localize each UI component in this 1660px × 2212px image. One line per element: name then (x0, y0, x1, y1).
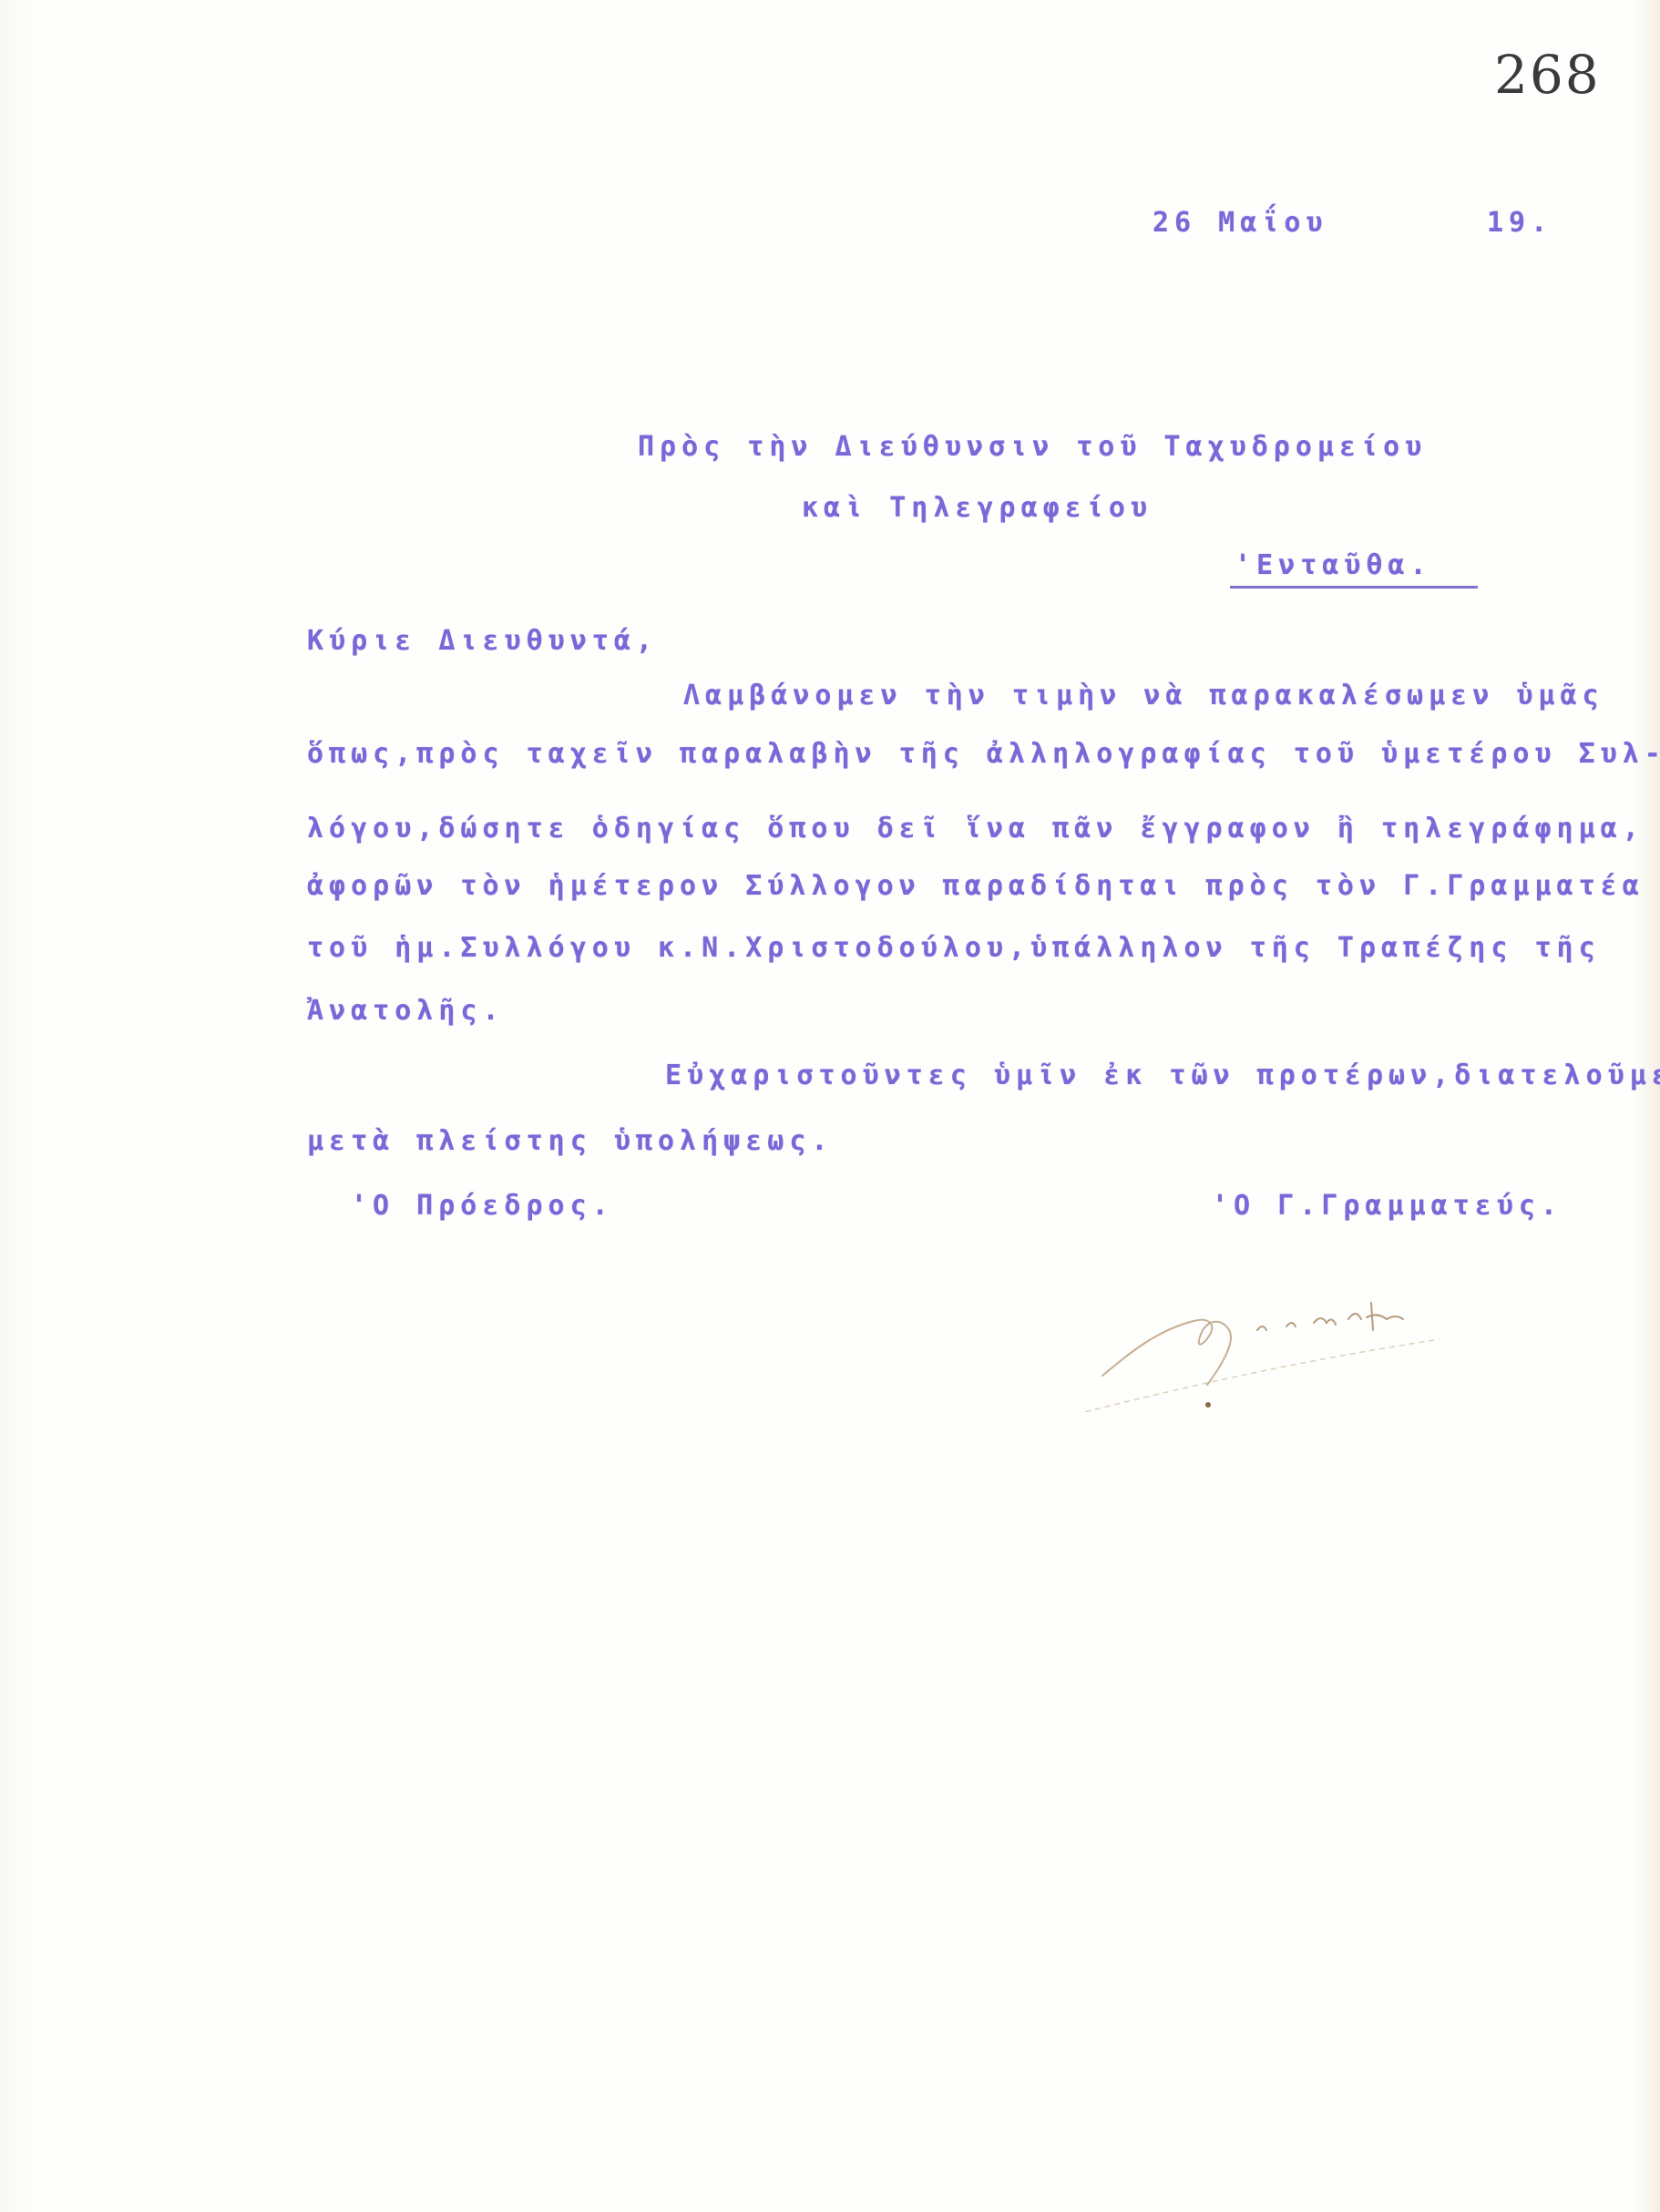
body-line: ἀφορῶν τὸν ἡμέτερον Σύλλογον παραδίδηται… (307, 870, 1645, 902)
closing-line: Εὐχαριστοῦντες ὑμῖν ἐκ τῶν προτέρων,διατ… (665, 1060, 1660, 1091)
closing-line: μετὰ πλείστης ὑπολήψεως. (307, 1125, 833, 1157)
handwritten-signature-icon (1048, 1266, 1522, 1412)
recipient-line-2: καὶ Τηλεγραφείου (802, 492, 1153, 524)
document-page: 268 26 Μαΐου 19. Πρὸς τὴν Διεύθυνσιν τοῦ… (0, 0, 1660, 2212)
secretary-title: 'Ο Γ.Γραμματεύς. (1212, 1190, 1563, 1222)
president-title: 'Ο Πρόεδρος. (351, 1190, 614, 1222)
salutation: Κύριε Διευθυντά, (307, 625, 658, 657)
body-line: ὅπως,πρὸς ταχεῖν παραλαβὴν τῆς ἀλληλογρα… (307, 738, 1660, 770)
body-line: τοῦ ἡμ.Συλλόγου κ.Ν.Χριστοδούλου,ὑπάλληλ… (307, 932, 1601, 964)
recipient-line-1: Πρὸς τὴν Διεύθυνσιν τοῦ Ταχυδρομείου (638, 431, 1427, 463)
body-line: Λαμβάνομεν τὴν τιμὴν νὰ παρακαλέσωμεν ὑμ… (683, 680, 1604, 712)
date-year: 19. (1487, 207, 1552, 239)
recipient-line-3: 'Ενταῦθα. (1235, 549, 1432, 581)
date-day-month: 26 Μαΐου (1153, 207, 1328, 239)
body-line: Ἀνατολῆς. (307, 995, 505, 1027)
folio-number: 268 (1494, 44, 1601, 106)
recipient-underline (1230, 586, 1478, 589)
body-line: λόγου,δώσητε ὁδηγίας ὅπου δεῖ ἵνα πᾶν ἔγ… (307, 813, 1645, 845)
